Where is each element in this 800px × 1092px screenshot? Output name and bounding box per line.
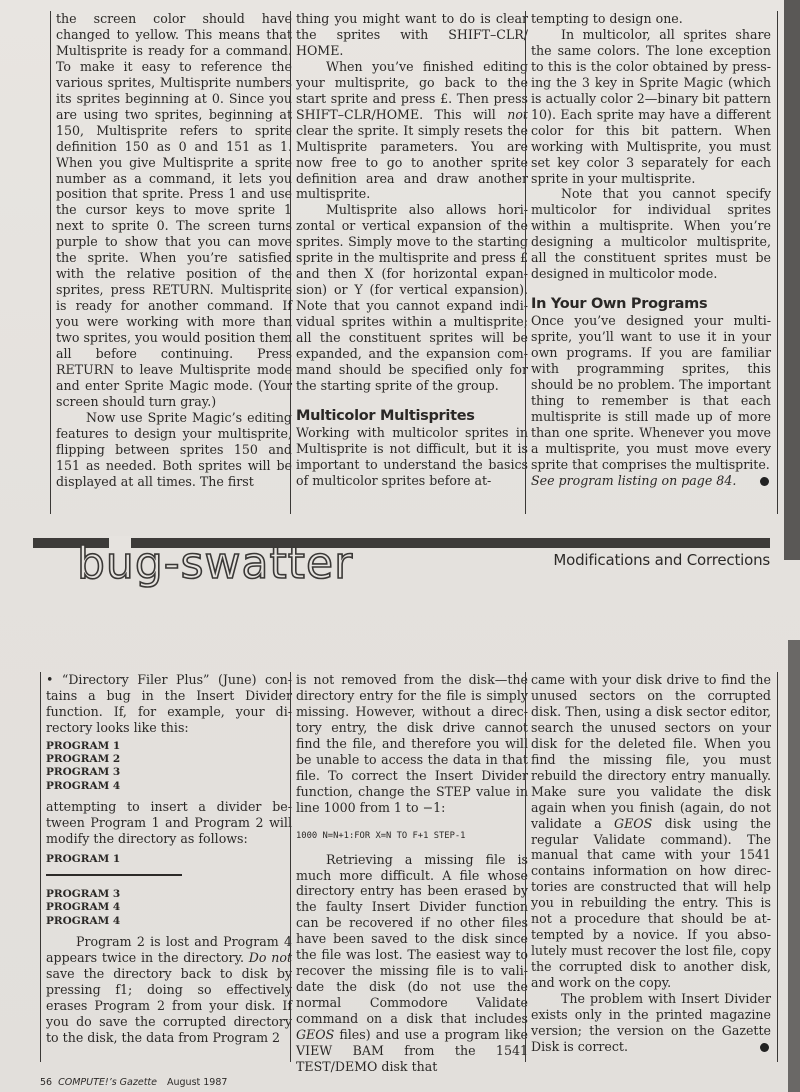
paragraph: Once you’ve designed your multi­sprite, … (531, 313, 771, 473)
department-title: bug-swatter (77, 542, 353, 586)
bugswatter-column-1: • “Directory Filer Plus” (June) con­tain… (40, 672, 292, 1062)
page-edge-shadow (784, 0, 800, 560)
paragraph: Now use Sprite Magic’s editing features … (56, 410, 292, 490)
paragraph: is not removed from the disk—the directo… (296, 672, 528, 816)
paragraph: Working with multicolor sprites in Multi… (296, 425, 528, 489)
directory-entry: PROGRAM 1 (46, 740, 292, 753)
directory-listing-after: PROGRAM 1 PROGRAM 3 PROGRAM 4 PROGRAM 4 (46, 853, 292, 928)
paragraph: Note that you cannot specify multicolor … (531, 186, 771, 282)
paragraph: • “Directory Filer Plus” (June) con­tain… (46, 672, 292, 736)
bugswatter-column-3: came with your disk drive to find the un… (525, 672, 778, 1062)
divider-line (46, 874, 182, 876)
code-listing: 1000 N=N+1:FOR X=N TO F+1 STEP-1 (296, 830, 528, 842)
directory-entry: PROGRAM 3 (46, 766, 292, 779)
article-column-2: thing you might want to do is clear the … (290, 11, 528, 514)
paragraph: the screen color should have changed to … (56, 11, 292, 410)
section-heading: In Your Own Programs (531, 295, 771, 313)
paragraph: Multisprite also allows hori­zontal or v… (296, 202, 528, 393)
magazine-name: COMPUTE!’s Gazette (58, 1077, 157, 1088)
end-of-article-bullet-icon (760, 1043, 769, 1052)
paragraph: The problem with Insert Divid­er exists … (531, 991, 771, 1055)
page-footer: 56COMPUTE!’s GazetteAugust 1987 (40, 1077, 227, 1088)
directory-entry: PROGRAM 1 (46, 853, 292, 866)
department-subtitle: Modifications and Corrections (553, 551, 770, 569)
paragraph: attempting to insert a divider be­tween … (46, 799, 292, 847)
article-column-3: tempting to design one. In multicolor, a… (525, 11, 778, 514)
directory-entry: PROGRAM 4 (46, 901, 292, 914)
paragraph: When you’ve finished editing your multis… (296, 59, 528, 203)
paragraph: thing you might want to do is clear the … (296, 11, 528, 59)
directory-entry: PROGRAM 3 (46, 888, 292, 901)
paragraph: came with your disk drive to find the un… (531, 672, 771, 991)
page-edge-shadow (788, 640, 800, 1092)
issue-date: August 1987 (167, 1077, 227, 1088)
directory-entry: PROGRAM 2 (46, 753, 292, 766)
directory-entry: PROGRAM 4 (46, 915, 292, 928)
end-of-article-bullet-icon (760, 477, 769, 486)
article-column-1: the screen color should have changed to … (50, 11, 292, 514)
directory-entry: PROGRAM 4 (46, 780, 292, 793)
section-heading: Multicolor Multisprites (296, 407, 528, 425)
listing-note: See program listing on page 84. (531, 473, 771, 489)
paragraph: Retrieving a missing file is much more d… (296, 852, 528, 1075)
paragraph: Program 2 is lost and Program 4 appears … (46, 934, 292, 1046)
bugswatter-column-2: is not removed from the disk—the directo… (290, 672, 528, 1062)
paragraph: In multicolor, all sprites share the sam… (531, 27, 771, 187)
page-number: 56 (40, 1077, 52, 1088)
paragraph: tempting to design one. (531, 11, 771, 27)
directory-listing-before: PROGRAM 1 PROGRAM 2 PROGRAM 3 PROGRAM 4 (46, 740, 292, 793)
